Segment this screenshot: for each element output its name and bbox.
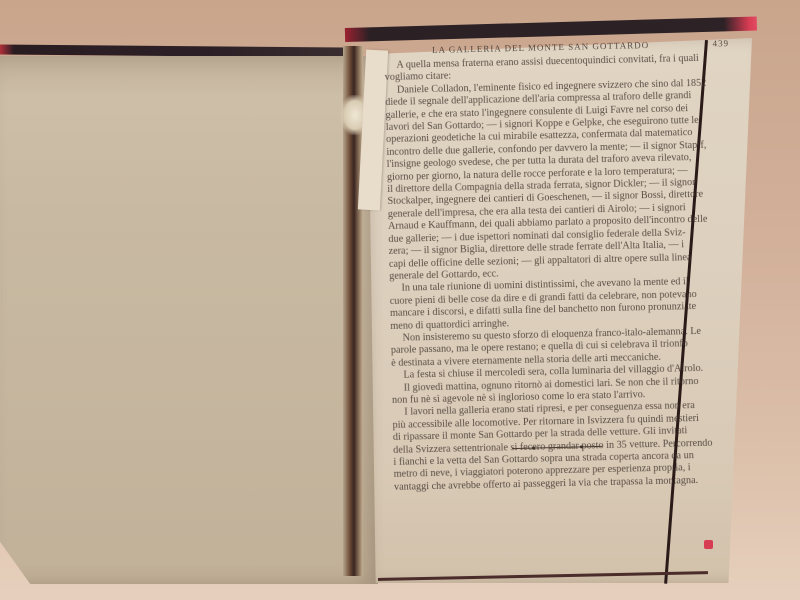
text-lines: A quella mensa fraterna erano assisi due…: [384, 52, 749, 494]
page-number: 439: [712, 38, 729, 48]
red-corner-mark: [704, 540, 713, 549]
running-head-title: LA GALLERIA DEL MONTE SAN GOTTARDO: [432, 40, 649, 55]
page-text: LA GALLERIA DEL MONTE SAN GOTTARDO 439 A…: [384, 38, 749, 494]
book-photo: LA GALLERIA DEL MONTE SAN GOTTARDO 439 A…: [0, 0, 800, 600]
left-page-shadow: [0, 56, 378, 96]
left-page-blank: [0, 56, 378, 584]
